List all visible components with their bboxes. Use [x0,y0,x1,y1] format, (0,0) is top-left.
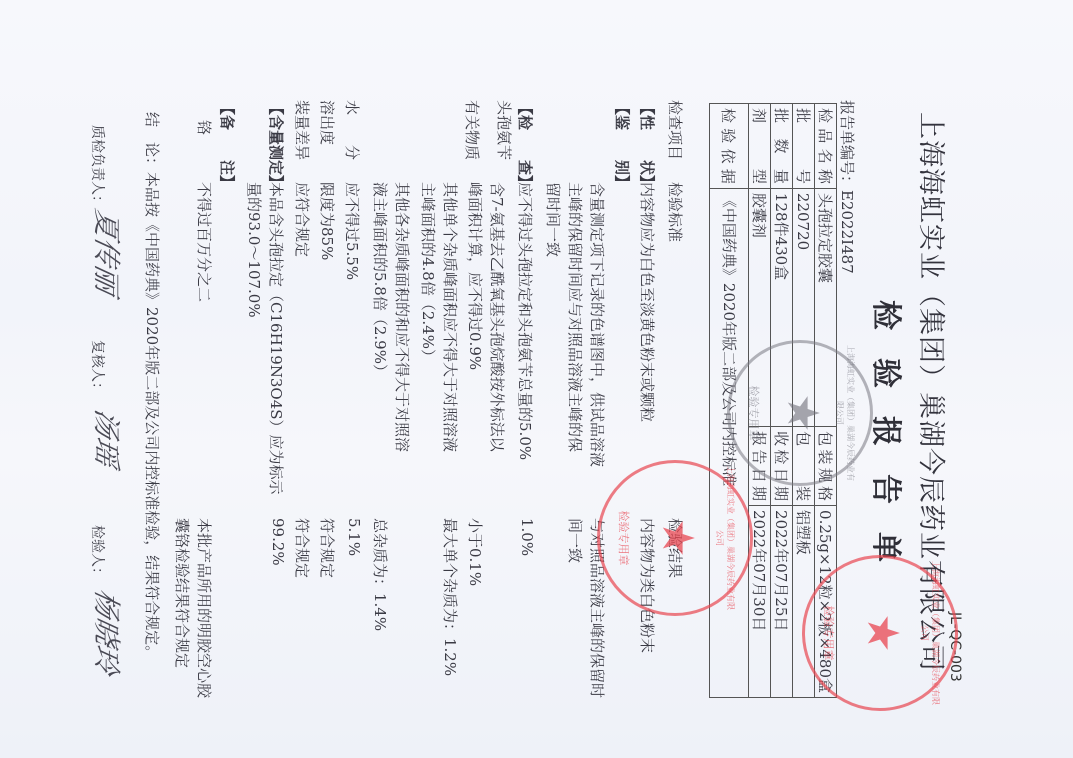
check-single-impurity-standard-1: 其他单个杂质峰面积应不得大于对照溶液 [440,182,461,452]
check-dissolution-standard: 限度为85% [317,182,338,260]
check-single-impurity-result: 最大单个杂质为：1.2% [440,518,461,676]
check-fill-variation-standard: 应符合规定 [292,182,313,257]
inspector-label: 检验人： [88,525,108,581]
check-name-related: 有关物质 [462,100,483,160]
section-assay: 【含量测定】 [266,100,287,190]
check-water-result: 5.1% [345,518,363,556]
assay-standard-2: 量的93.0～107.0% [244,182,265,318]
red-stamp-header-bottom-text: 检验专用章 [821,558,837,708]
check-name-dissolution: 溶出度 [317,100,338,145]
inspector-signature: 杨晓玲 [88,586,128,679]
section-checks: 【检 查】 [515,100,536,190]
value-received-date: 2022年07月25日 [771,506,793,698]
section-identification: 【鉴 别】 [612,100,633,190]
check-name-water: 水 分 [342,100,363,160]
check-related-result: 小于0.1% [465,518,486,586]
label-product-name: 检品名称 [815,104,837,189]
label-batch-qty: 批数量 [771,104,793,189]
conclusion-text: 本品按《中国药典》2020年版二部及公司内控标准检验，结果符合规定。 [143,172,161,660]
star-icon: ★ [652,518,703,557]
gray-stamp-top-text: 上海海虹实业（集团）巢湖今辰药业有限公司 [834,343,856,483]
remarks-result-1: 本批产品所用的明胶空心胶 [194,518,215,698]
identification-standard-1: 含量测定项下记录的色谱图中，供试品溶液 [587,182,608,467]
label-batch-no: 批号 [793,104,815,189]
check-cefalexin-standard: 应不得过头孢拉定和头孢氨苄总量的5.0% [515,182,536,460]
header-item: 检查项目 [665,100,686,160]
check-name-cefalexin: 头孢氨苄 [494,100,515,160]
report-number-value: E2022I487 [838,190,856,274]
check-single-impurity-standard-2: 主峰面积的4.8倍（2.4%） [418,182,439,364]
qc-head-signature: 夏传丽 [88,206,128,299]
report-number: 报告单编号：E2022I487 [837,100,858,274]
identification-standard-2: 主峰的保留时间应与对照品溶液主峰的保 [565,182,586,452]
check-name-fill-variation: 装量差异 [292,100,313,160]
red-stamp-center-top-text: 上海海虹实业（集团）巢湖今辰药业有限公司 [714,463,736,613]
qc-head-label: 质检负责人： [88,125,108,209]
check-total-impurity-standard-1: 其他各杂质峰面积的和应不得大于对照溶 [392,182,413,452]
conclusion-label: 结 论： [143,112,161,172]
red-inspection-stamp-header: 上海海虹实业（集团）巢湖今辰药业有限公司 ★ 检验专用章 [802,555,958,711]
label-dosage-form: 剂型 [749,104,771,189]
reviewer-label: 复核人： [88,340,108,396]
check-water-standard: 应不得过5.5% [342,182,363,280]
check-total-impurity-standard-2: 液主峰面积的5.8倍（2.9%） [370,182,391,379]
report-number-label: 报告单编号： [838,100,856,190]
check-dissolution-result: 符合规定 [317,518,338,578]
remarks-standard: 不得过百万分之二 [194,182,215,302]
assay-standard-1: 本品含头孢拉定（C16H19N3O4S）应为标示 [266,182,287,495]
star-icon: ★ [857,613,908,652]
remarks-result-2: 囊铬检验结果符合规定 [172,518,193,668]
identification-result-2: 间一致 [565,518,586,563]
check-cefalexin-result: 1.0% [518,518,536,556]
assay-result: 99.2% [269,518,287,566]
report-title: 检验报告单 [867,300,911,590]
inspection-report-page: 上海海虹实业（集团）巢湖今辰药业有限公司 检验报告单 JL-QC-003 报告单… [0,0,1073,758]
section-remarks: 【备 注】 [217,100,238,190]
check-related-standard-2: 峰面积计算，应不得过0.9% [465,182,486,370]
section-appearance: 【性 状】 [637,100,658,190]
star-icon: ★ [777,393,828,432]
appearance-standard: 内容物应为白色至淡黄色粉末或颗粒 [637,182,658,422]
label-basis: 检验依据 [710,104,749,189]
red-inspection-stamp-center: 上海海虹实业（集团）巢湖今辰药业有限公司 ★ 检验专用章 [597,460,753,616]
check-fill-variation-result: 符合规定 [292,518,313,578]
remarks-chromium-label: 铬 [194,120,215,135]
gray-inspection-stamp: 上海海虹实业（集团）巢湖今辰药业有限公司 ★ 检验专用章 [727,340,873,486]
conclusion: 结 论：本品按《中国药典》2020年版二部及公司内控标准检验，结果符合规定。 [142,112,163,660]
reviewer-signature: 汤瑶 [88,406,128,471]
red-stamp-center-bottom-text: 检验专用章 [616,463,632,613]
check-total-impurity-result: 总杂质为：1.4% [370,518,391,631]
check-related-standard-1: 含7-氨基去乙酰氧基头孢烷酸按外标法以 [487,182,508,452]
header-standard: 检验标准 [665,182,686,242]
gray-stamp-bottom-text: 检验专用章 [746,343,762,483]
red-stamp-header-top-text: 上海海虹实业（集团）巢湖今辰药业有限公司 [919,558,941,708]
identification-standard-3: 留时间一致 [543,182,564,257]
